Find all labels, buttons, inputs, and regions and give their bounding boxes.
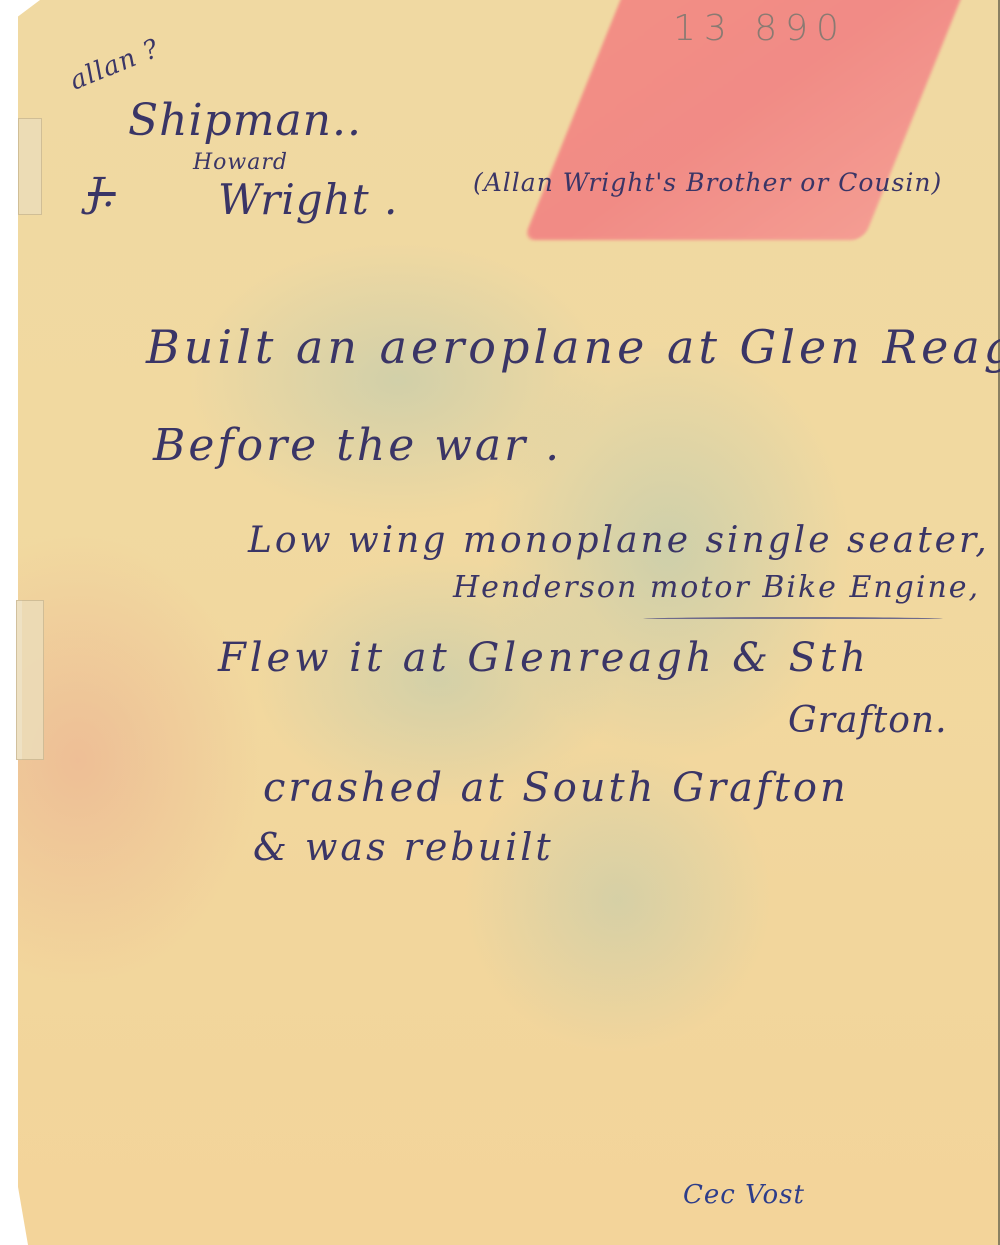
relation-note: (Allan Wright's Brother or Cousin) bbox=[473, 168, 942, 197]
struck-initial: J. bbox=[88, 170, 116, 216]
torn-edge-notch bbox=[0, 118, 18, 213]
name: Wright . bbox=[218, 175, 398, 224]
body-line-8: & was rebuilt bbox=[253, 825, 554, 869]
tape-repair bbox=[18, 118, 42, 215]
first-name-correction: Howard bbox=[193, 150, 288, 175]
body-line-3: Low wing monoplane single seater, bbox=[248, 520, 990, 561]
body-line-7: crashed at South Grafton bbox=[263, 765, 849, 811]
body-line-4: Henderson motor Bike Engine, bbox=[453, 570, 980, 605]
torn-edge-notch bbox=[0, 1040, 10, 1060]
body-line-2: Before the war . bbox=[153, 420, 562, 471]
margin-note: allan ? bbox=[66, 34, 164, 97]
surname: Shipman.. bbox=[128, 95, 362, 146]
catalogue-number: 13 890 bbox=[673, 8, 847, 49]
body-line-1: Built an aeroplane at Glen Reagh bbox=[146, 320, 1000, 374]
document-page: 13 890 allan ? Shipman.. Howard J. Wrigh… bbox=[18, 0, 1000, 1245]
tape-repair bbox=[16, 600, 44, 760]
signature: Cec Vost bbox=[683, 1180, 805, 1210]
body-line-5: Flew it at Glenreagh & Sth bbox=[218, 635, 870, 681]
underline-mark bbox=[643, 617, 943, 621]
body-line-6: Grafton. bbox=[788, 700, 948, 741]
